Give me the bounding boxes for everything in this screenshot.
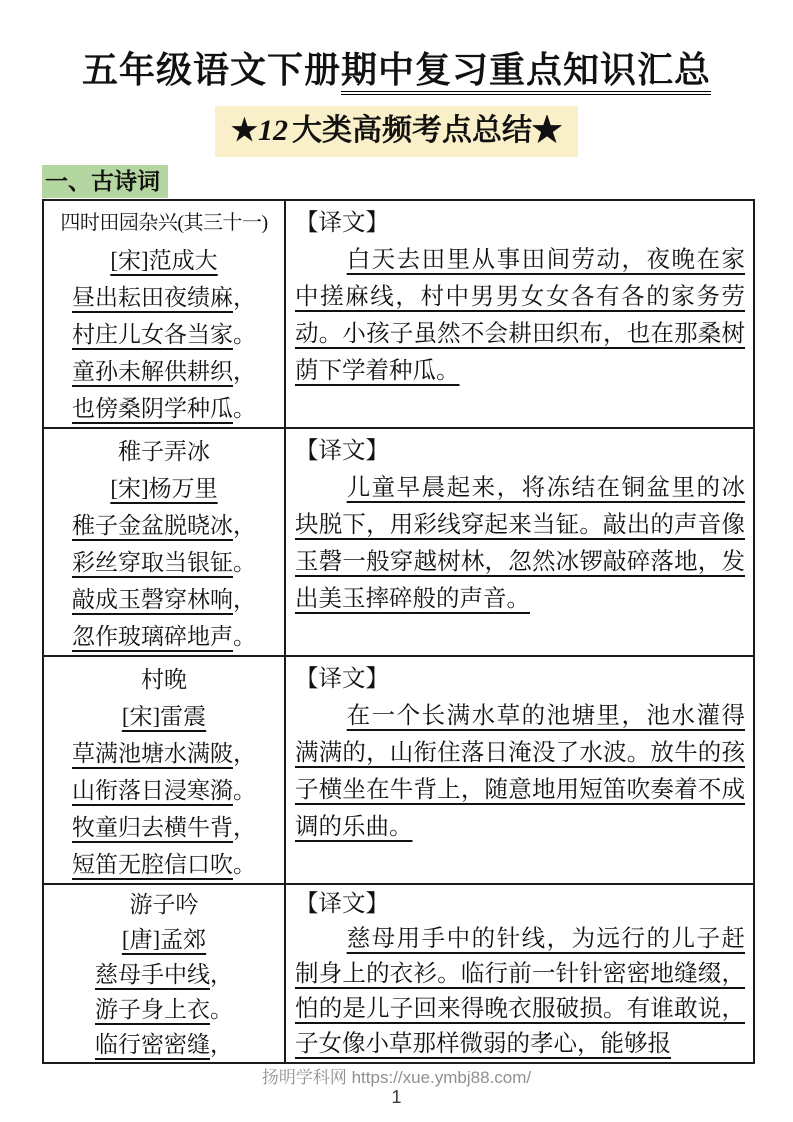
poem-line: 草满池塘水满陂， [46, 735, 282, 772]
poem-line: 童孙未解供耕织， [46, 353, 282, 390]
poem-cell: 游子吟 [唐]孟郊 慈母手中线， 游子身上衣。 临行密密缝， [43, 884, 285, 1063]
translation-text: 儿童早晨起来，将冻结在铜盆里的冰块脱下，用彩线穿起来当钲。敲出的声音像玉磬一般穿… [295, 470, 745, 618]
page-title: 五年级语文下册期中复习重点知识汇总 [0, 0, 793, 94]
poem-line: 敲成玉磬穿林响， [46, 581, 282, 618]
star-right-icon: ★ [532, 114, 562, 147]
poem-line: 牧童归去横牛背， [46, 809, 282, 846]
poem-cell: 稚子弄冰 [宋]杨万里 稚子金盆脱晓冰， 彩丝穿取当银钲。 敲成玉磬穿林响， 忽… [43, 428, 285, 656]
poem-cell: 村晚 [宋]雷震 草满池塘水满陂， 山衔落日浸寒漪。 牧童归去横牛背， 短笛无腔… [43, 656, 285, 884]
poem-line: 村庄儿女各当家。 [46, 316, 282, 353]
subtitle-row: ★12大类高频考点总结★ [0, 106, 793, 157]
table-row: 村晚 [宋]雷震 草满池塘水满陂， 山衔落日浸寒漪。 牧童归去横牛背， 短笛无腔… [43, 656, 754, 884]
poem-author: [唐]孟郊 [46, 922, 282, 957]
page-title-plain: 五年级语文下册 [82, 50, 341, 90]
poem-title: 稚子弄冰 [46, 433, 282, 470]
page-title-underlined: 期中复习重点知识汇总 [341, 50, 711, 95]
table-row: 游子吟 [唐]孟郊 慈母手中线， 游子身上衣。 临行密密缝， 【译文】 慈母用手… [43, 884, 754, 1063]
poem-line: 彩丝穿取当银钲。 [46, 544, 282, 581]
translation-cell: 【译文】 白天去田里从事田间劳动，夜晚在家中搓麻线，村中男男女女各有各的家务劳动… [285, 200, 754, 428]
translation-cell: 【译文】 慈母用手中的针线，为远行的儿子赶制身上的衣衫。临行前一针针密密地缝缀，… [285, 884, 754, 1063]
poem-line: 临行密密缝， [46, 1027, 282, 1062]
poem-line: 稚子金盆脱晓冰， [46, 507, 282, 544]
translation-label: 【译文】 [295, 205, 745, 242]
footer-site-link: 扬明学科网 https://xue.ymbj88.com/ [0, 1063, 793, 1088]
translation-cell: 【译文】 在一个长满水草的池塘里，池水灌得满满的，山衔住落日淹没了水波。放牛的孩… [285, 656, 754, 884]
section-row: 一、古诗词 [42, 165, 793, 198]
translation-cell: 【译文】 儿童早晨起来，将冻结在铜盆里的冰块脱下，用彩线穿起来当钲。敲出的声音像… [285, 428, 754, 656]
subtitle-text: 大类高频考点总结 [292, 114, 532, 147]
poem-line: 忽作玻璃碎地声。 [46, 618, 282, 655]
page-number: 1 [0, 1087, 793, 1108]
subtitle-number: 12 [258, 114, 292, 147]
poem-line: 也傍桑阴学种瓜。 [46, 390, 282, 427]
table-row: 四时田园杂兴(其三十一) [宋]范成大 昼出耘田夜绩麻， 村庄儿女各当家。 童孙… [43, 200, 754, 428]
poem-line: 短笛无腔信口吹。 [46, 846, 282, 883]
translation-text: 慈母用手中的针线，为远行的儿子赶制身上的衣衫。临行前一针针密密地缝缀，怕的是儿子… [295, 922, 745, 1062]
poem-author: [宋]范成大 [46, 242, 282, 279]
poem-line: 山衔落日浸寒漪。 [46, 772, 282, 809]
poems-table: 四时田园杂兴(其三十一) [宋]范成大 昼出耘田夜绩麻， 村庄儿女各当家。 童孙… [42, 199, 755, 1064]
star-left-icon: ★ [231, 114, 258, 147]
section-heading: 一、古诗词 [42, 165, 168, 198]
translation-text: 在一个长满水草的池塘里，池水灌得满满的，山衔住落日淹没了水波。放牛的孩子横坐在牛… [295, 698, 745, 846]
subtitle-highlight: ★12大类高频考点总结★ [215, 106, 578, 157]
poem-cell: 四时田园杂兴(其三十一) [宋]范成大 昼出耘田夜绩麻， 村庄儿女各当家。 童孙… [43, 200, 285, 428]
translation-text: 白天去田里从事田间劳动，夜晚在家中搓麻线，村中男男女女各有各的家务劳动。小孩子虽… [295, 242, 745, 390]
translation-label: 【译文】 [295, 887, 745, 922]
document-page: 五年级语文下册期中复习重点知识汇总 ★12大类高频考点总结★ 一、古诗词 四时田… [0, 0, 793, 1122]
translation-label: 【译文】 [295, 433, 745, 470]
translation-label: 【译文】 [295, 661, 745, 698]
poem-line: 昼出耘田夜绩麻， [46, 279, 282, 316]
poem-title: 村晚 [46, 661, 282, 698]
poem-title: 游子吟 [46, 887, 282, 922]
poem-title: 四时田园杂兴(其三十一) [46, 205, 282, 242]
poem-line: 游子身上衣。 [46, 992, 282, 1027]
poem-author: [宋]杨万里 [46, 470, 282, 507]
table-row: 稚子弄冰 [宋]杨万里 稚子金盆脱晓冰， 彩丝穿取当银钲。 敲成玉磬穿林响， 忽… [43, 428, 754, 656]
poem-author: [宋]雷震 [46, 698, 282, 735]
poem-line: 慈母手中线， [46, 957, 282, 992]
